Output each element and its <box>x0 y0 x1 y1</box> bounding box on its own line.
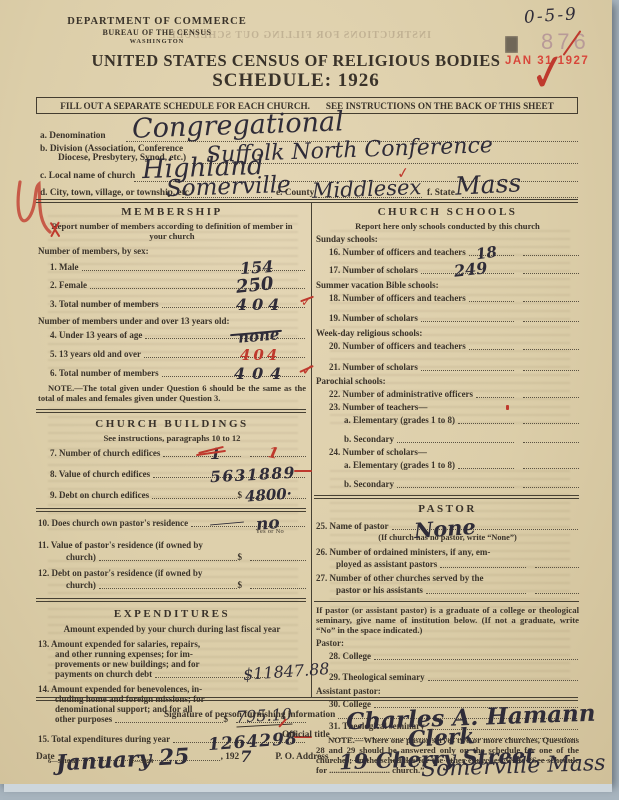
question-10-row: 10. Does church own pastor's residence n… <box>38 518 306 528</box>
question-25-row: 25. Name of pastor None <box>316 521 579 531</box>
question-14-line1: 14. Amount expended for benevolences, in… <box>38 684 306 694</box>
scanned-form-page: INSTRUCTIONS FOR FILLING OUT SCHEDULE DE… <box>0 0 612 784</box>
section-rule <box>314 601 579 602</box>
dotted-leader-2 <box>535 592 579 594</box>
dotted-leader-2 <box>523 467 579 469</box>
question-23b-label: b. Secondary <box>344 434 394 444</box>
handwritten-code: 0-5-9 <box>523 4 578 28</box>
dotted-leader <box>440 566 526 568</box>
dotted-leader-2 <box>523 369 579 371</box>
dotted-leader <box>469 300 514 302</box>
group-by-age: Number of members under and over 13 year… <box>38 316 306 326</box>
dotted-leader <box>99 559 237 561</box>
question-13-block: 13. Amount expended for salaries, repair… <box>38 639 266 679</box>
question-13-line4: payments on church debt <box>38 669 266 679</box>
signature-label: Signature of person furnishing informati… <box>164 710 335 720</box>
dotted-leader <box>99 587 237 589</box>
question-16-row: 16. Number of officers and teachers 18 <box>316 247 579 257</box>
dotted-leader-2 <box>523 254 579 256</box>
question-8-value: 5631889 <box>210 468 296 482</box>
buildings-title: CHURCH BUILDINGS <box>38 418 306 431</box>
question-9-value: 4800· <box>245 488 293 501</box>
question-6-value: 404 <box>234 369 288 379</box>
expenditures-title: EXPENDITURES <box>38 608 306 621</box>
question-28-label: 28. College <box>329 651 371 661</box>
dotted-leader <box>152 497 236 499</box>
question-26-label-line1: 26. Number of ordained ministers, if any… <box>316 547 579 557</box>
question-2-value: 250 <box>236 279 274 293</box>
question-16-value: 18 <box>475 247 497 260</box>
dotted-leader-2 <box>523 272 579 274</box>
question-22-row: 22. Number of administrative officers <box>316 389 579 399</box>
dotted-leader-2 <box>523 300 579 302</box>
question-13-line2: and other running expenses; for im- <box>38 649 266 659</box>
field-e-label: e. County <box>276 188 314 198</box>
dotted-leader <box>397 441 514 443</box>
dollar-sign: $ <box>238 580 243 590</box>
question-25-label: 25. Name of pastor <box>316 521 389 531</box>
membership-note: NOTE.—The total given under Question 6 s… <box>38 383 306 403</box>
expenditures-subtitle: Amount expended by your church during la… <box>38 624 306 634</box>
question-4-label: 4. Under 13 years of age <box>50 330 142 340</box>
footer-block: Signature of person furnishing informati… <box>36 702 578 762</box>
question-7-row: 7. Number of church edifices 1 1 <box>38 448 306 458</box>
official-title-label: Official title <box>282 730 330 740</box>
red-dash-mark <box>294 470 312 472</box>
dotted-leader <box>469 348 514 350</box>
membership-subtitle-wrap: Report number of members according to de… <box>38 221 306 241</box>
dotted-leader <box>476 396 514 398</box>
dotted-leader <box>458 422 514 424</box>
question-24a-row: a. Elementary (grades 1 to 8) <box>316 460 579 470</box>
dotted-leader <box>421 369 514 371</box>
question-12-label-line2: church) <box>66 580 96 590</box>
question-11-row: church) $ <box>38 552 306 562</box>
question-16-label: 16. Number of officers and teachers <box>329 247 466 257</box>
field-a-label: a. Denomination <box>40 131 106 141</box>
official-title-row: Official title Clerk <box>36 730 578 740</box>
question-6-row: 6. Total number of members 404 ✓ <box>38 368 306 378</box>
agency-block: DEPARTMENT OF COMMERCE BUREAU OF THE CEN… <box>52 16 262 45</box>
question-1-label: 1. Male <box>50 262 79 272</box>
group-summer-schools: Summer vacation Bible schools: <box>316 280 579 290</box>
question-20-label: 20. Number of officers and teachers <box>329 341 466 351</box>
dotted-leader-2 <box>523 320 579 322</box>
dotted-leader-2 <box>523 486 579 488</box>
graduate-note: If pastor (or assistant pastor) is a gra… <box>316 605 579 635</box>
question-5-value-red-ink: 404 <box>240 350 280 360</box>
column-divider <box>311 203 312 698</box>
dollar-sign: $ <box>238 552 243 562</box>
dotted-leader-2 <box>250 559 306 561</box>
dotted-leader <box>163 455 241 457</box>
question-28-row: 28. College <box>316 651 579 661</box>
department-name: DEPARTMENT OF COMMERCE <box>52 16 262 27</box>
dotted-leader <box>191 525 305 527</box>
question-7-label: 7. Number of church edifices <box>50 448 160 458</box>
dotted-leader <box>428 679 578 681</box>
question-19-label: 19. Number of scholars <box>329 313 418 323</box>
field-f-label: f. State <box>427 188 455 198</box>
dotted-leader <box>421 320 514 322</box>
question-9-row: 9. Debt on church edifices $ 4800· <box>38 490 306 500</box>
form-code: 6—5518 a. <box>48 758 77 765</box>
dotted-leader <box>458 467 514 469</box>
question-25-value: None <box>414 522 476 536</box>
address-label: P. O. Address <box>275 752 328 762</box>
dotted-leader-2 <box>523 422 579 424</box>
official-title-value: Clerk <box>408 731 475 744</box>
left-column: MEMBERSHIP Report number of members acco… <box>38 206 306 744</box>
question-24a-label: a. Elementary (grades 1 to 8) <box>344 460 455 470</box>
question-17-label: 17. Number of scholars <box>329 265 418 275</box>
schools-title: CHURCH SCHOOLS <box>316 206 579 219</box>
signature-row: Signature of person furnishing informati… <box>36 710 578 720</box>
written-year-digit: 7 <box>240 752 251 762</box>
question-10-label: 10. Does church own pastor's residence <box>38 518 188 528</box>
section-rule <box>314 495 579 499</box>
group-assistant-pastor: Assistant pastor: <box>316 686 579 696</box>
question-27-row: pastor or his assistants <box>316 585 579 595</box>
question-24-label: 24. Number of scholars— <box>329 447 427 457</box>
question-6-label: 6. Total number of members <box>50 368 159 378</box>
membership-title: MEMBERSHIP <box>38 206 306 219</box>
question-12-row: church) $ <box>38 580 306 590</box>
question-29-label: 29. Theological seminary <box>329 672 425 682</box>
dotted-leader <box>397 486 514 488</box>
question-3-value: 404 <box>236 300 284 310</box>
right-column: CHURCH SCHOOLS Report here only schools … <box>316 206 579 775</box>
bureau-name: BUREAU OF THE CENSUS <box>52 28 262 37</box>
question-22-label: 22. Number of administrative officers <box>329 389 473 399</box>
question-29-row: 29. Theological seminary <box>316 672 579 682</box>
question-13-label-end: payments on church debt <box>55 669 152 679</box>
question-18-row: 18. Number of officers and teachers <box>316 293 579 303</box>
question-11-label-line1: 11. Value of pastor's residence (if owne… <box>38 540 306 550</box>
question-27-label-line2: pastor or his assistants <box>336 585 423 595</box>
question-13-line1: 13. Amount expended for salaries, repair… <box>38 639 266 649</box>
dotted-leader-2 <box>523 348 579 350</box>
printed-year: , 192 <box>221 752 240 762</box>
question-23b-row: b. Secondary <box>316 434 579 444</box>
group-parochial-schools: Parochial schools: <box>316 376 579 386</box>
question-8-row: 8. Value of church edifices 5631889 <box>38 469 306 479</box>
group-weekday-schools: Week-day religious schools: <box>316 328 579 338</box>
group-sunday-schools: Sunday schools: <box>316 234 579 244</box>
section-rule <box>36 409 306 413</box>
question-2-row: 2. Female 250 <box>38 280 306 290</box>
schools-subtitle: Report here only schools conducted by th… <box>316 221 579 231</box>
form-title: UNITED STATES CENSUS OF RELIGIOUS BODIES <box>16 51 576 71</box>
dollar-sign: $ <box>238 490 243 500</box>
question-23-row: 23. Number of teachers— <box>316 402 579 412</box>
question-5-row: 5. 13 years old and over 404 <box>38 349 306 359</box>
dotted-leader-2 <box>523 441 579 443</box>
question-24-row: 24. Number of scholars— <box>316 447 579 457</box>
form-code: 11—3024 <box>128 758 153 765</box>
dotted-leader <box>145 337 305 339</box>
dotted-leader <box>426 592 526 594</box>
section-rule <box>36 598 306 602</box>
form-schedule-year: SCHEDULE: 1926 <box>16 70 576 92</box>
bureau-city: WASHINGTON <box>52 38 262 45</box>
question-20-row: 20. Number of officers and teachers <box>316 341 579 351</box>
question-21-label: 21. Number of scholars <box>329 362 418 372</box>
dotted-leader-2 <box>535 566 579 568</box>
question-24b-row: b. Secondary <box>316 479 579 489</box>
question-21-row: 21. Number of scholars <box>316 362 579 372</box>
dotted-leader <box>144 356 305 358</box>
section-rule <box>36 508 306 512</box>
red-checkmark: ✓ <box>396 165 411 182</box>
question-9-label: 9. Debt on church edifices <box>50 490 149 500</box>
scan-edge <box>4 784 612 792</box>
group-by-sex: Number of members, by sex: <box>38 246 306 256</box>
question-1-value: 154 <box>240 262 274 274</box>
pastor-title: PASTOR <box>316 503 579 516</box>
dotted-leader <box>374 658 578 660</box>
question-7-value-red: 1 <box>267 447 279 459</box>
buildings-subtitle: See instructions, paragraphs 10 to 12 <box>38 433 306 443</box>
question-13-line3: provements or new buildings; and for <box>38 659 266 669</box>
group-pastor: Pastor: <box>316 638 579 648</box>
question-23a-row: a. Elementary (grades 1 to 8) <box>316 415 579 425</box>
dotted-leader-2 <box>523 396 579 398</box>
membership-subtitle: Report number of members according to de… <box>50 221 294 241</box>
field-f-value: Mass <box>454 168 522 200</box>
question-12-label-line1: 12. Debt on pastor's residence (if owned… <box>38 568 306 578</box>
question-18-label: 18. Number of officers and teachers <box>329 293 466 303</box>
question-11-label-line2: church) <box>66 552 96 562</box>
instruction-text-2: SEE INSTRUCTIONS ON THE BACK OF THIS SHE… <box>326 101 554 111</box>
question-26-label-line2: ployed as assistant pastors <box>336 559 437 569</box>
yes-or-no-hint: Yes or No <box>256 527 284 537</box>
question-3-label: 3. Total number of members <box>50 299 159 309</box>
question-23-label: 23. Number of teachers— <box>329 402 427 412</box>
question-5-label: 5. 13 years old and over <box>50 349 141 359</box>
question-1-row: 1. Male 154 <box>38 262 306 272</box>
question-17-value: 249 <box>454 263 488 276</box>
red-dot-mark <box>506 405 509 410</box>
question-24b-label: b. Secondary <box>344 479 394 489</box>
question-26-row: ployed as assistant pastors <box>316 559 579 569</box>
question-27-label-line1: 27. Number of other churches served by t… <box>316 573 579 583</box>
question-19-row: 19. Number of scholars <box>316 313 579 323</box>
question-4-row: 4. Under 13 years of age none <box>38 330 306 340</box>
question-23a-label: a. Elementary (grades 1 to 8) <box>344 415 455 425</box>
horizontal-rule <box>36 199 578 203</box>
address-value-line2: Somerville Mass <box>421 751 606 782</box>
question-2-label: 2. Female <box>50 280 87 290</box>
field-d-value: Somerville <box>166 172 292 202</box>
question-8-label: 8. Value of church edifices <box>50 469 150 479</box>
dotted-leader-2 <box>250 587 306 589</box>
question-3-row: 3. Total number of members 404 ✓ <box>38 299 306 309</box>
question-17-row: 17. Number of scholars 249 <box>316 265 579 275</box>
